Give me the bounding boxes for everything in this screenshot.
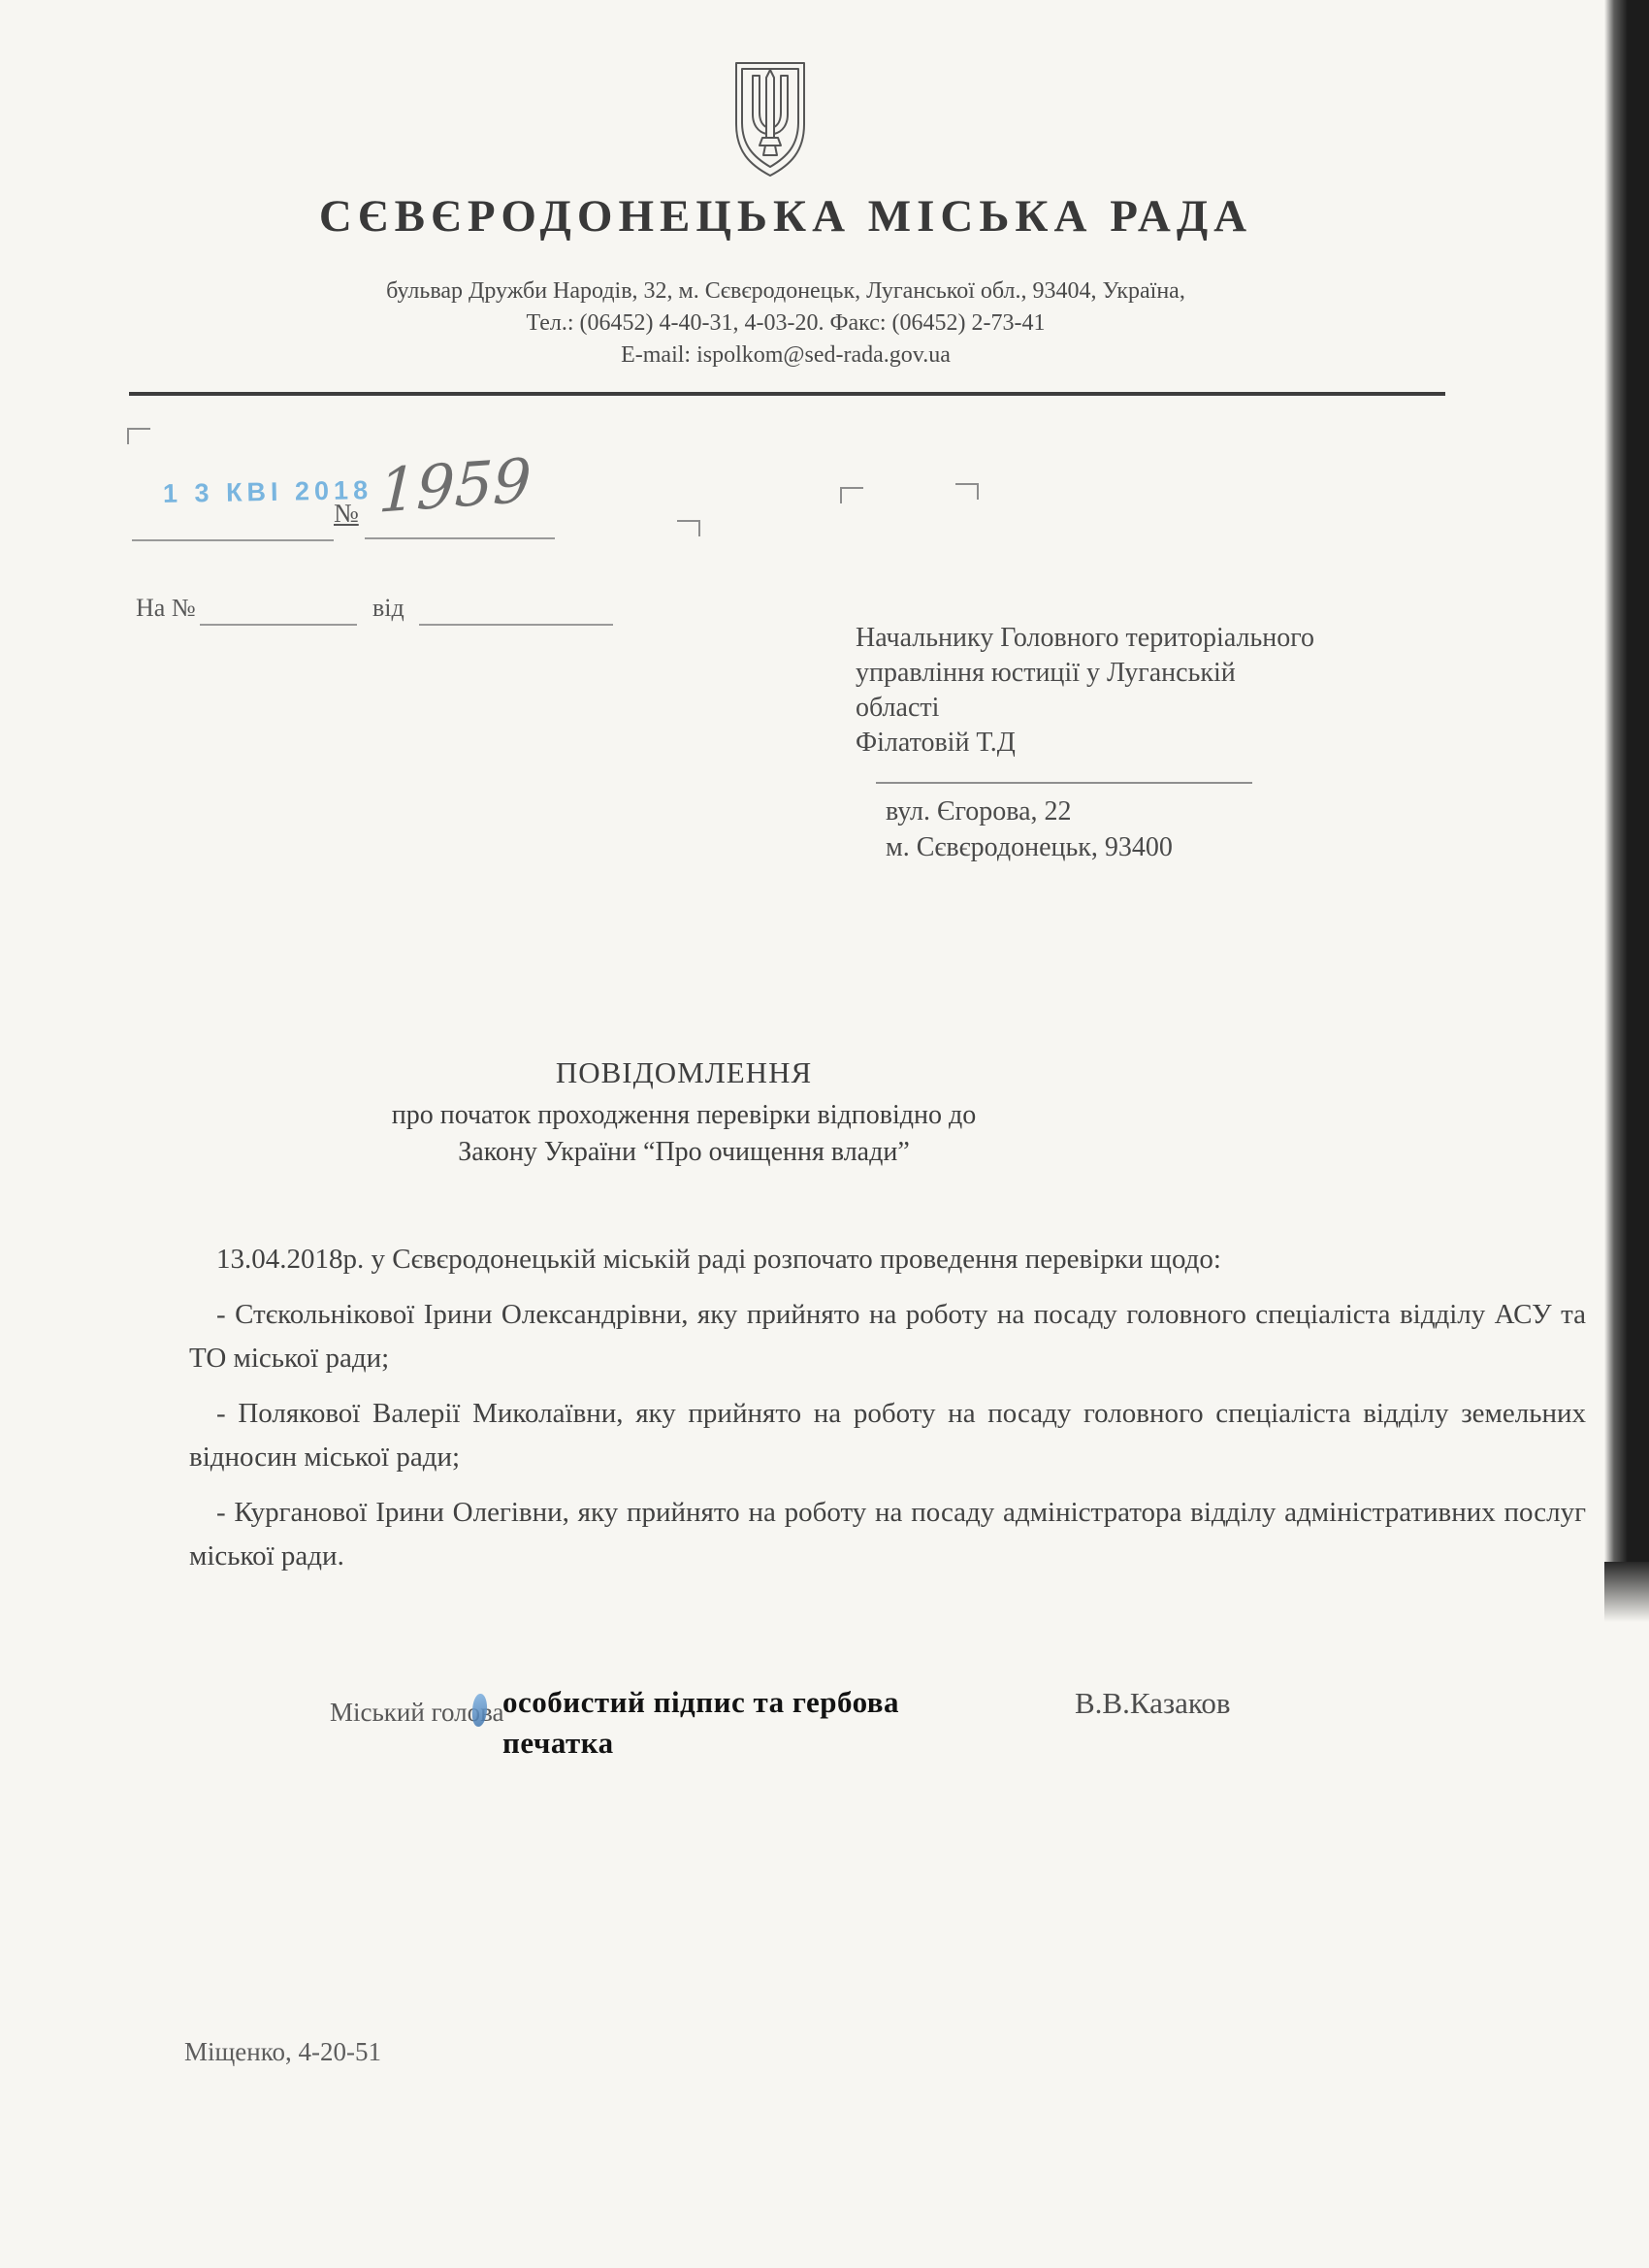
scan-edge-artifact	[1604, 0, 1649, 1562]
body-text-block: 13.04.2018р. у Сєвєродонецькій міській р…	[189, 1238, 1586, 1590]
recipient-block: Начальнику Головного територіального упр…	[856, 621, 1379, 761]
recipient-city-line: м. Сєвєродонецьк, 93400	[886, 829, 1173, 865]
letterhead-address-line: бульвар Дружби Народів, 32, м. Сєвєродон…	[175, 275, 1397, 308]
document-subtitle-line: Закону України “Про очищення влади”	[189, 1134, 1179, 1171]
number-sign-label: №	[334, 499, 359, 529]
document-subtitle-line: про початок проходження перевірки відпов…	[189, 1097, 1179, 1134]
corner-mark-recipient-right	[955, 483, 979, 500]
handwritten-outgoing-number: 1959	[377, 444, 533, 526]
scanned-letter-page: СЄВЄРОДОНЕЦЬКА МІСЬКА РАДА бульвар Дружб…	[0, 0, 1649, 2268]
organization-name: СЄВЄРОДОНЕЦЬКА МІСЬКА РАДА	[175, 190, 1397, 243]
subject-block: ПОВІДОМЛЕННЯ про початок проходження пер…	[189, 1055, 1179, 1171]
recipient-line: Начальнику Головного територіального	[856, 621, 1379, 656]
signature-annotation-line: особистий підпис та гербова	[502, 1682, 1084, 1723]
body-paragraph-intro: 13.04.2018р. у Сєвєродонецькій міській р…	[189, 1238, 1586, 1281]
recipient-divider-line	[876, 782, 1252, 784]
corner-mark-top-left	[127, 428, 150, 444]
reply-number-fill-line	[200, 624, 357, 626]
letterhead-divider-rule	[129, 392, 1445, 396]
letterhead-contact-block: бульвар Дружби Народів, 32, м. Сєвєродон…	[175, 275, 1397, 372]
reply-date-label: від	[372, 594, 404, 623]
document-title: ПОВІДОМЛЕННЯ	[189, 1055, 1179, 1090]
ukraine-trident-emblem-icon	[726, 56, 815, 182]
letterhead-phone-line: Тел.: (06452) 4-40-31, 4-03-20. Факс: (0…	[175, 308, 1397, 340]
recipient-name-line: Філатовій Т.Д	[856, 726, 1379, 761]
recipient-line: області	[856, 691, 1379, 726]
corner-mark-recipient-left	[840, 487, 863, 503]
recipient-line: управління юстиції у Луганській	[856, 656, 1379, 691]
date-fill-line	[132, 539, 334, 541]
scan-edge-fade	[1604, 1562, 1649, 1622]
corner-mark-middle-right	[677, 520, 700, 536]
body-paragraph-item: - Курганової Ірини Олегівни, яку прийнят…	[189, 1491, 1586, 1578]
body-paragraph-item: - Стєкольнікової Ірини Олександрівни, як…	[189, 1293, 1586, 1380]
recipient-address-block: вул. Єгорова, 22 м. Сєвєродонецьк, 93400	[886, 794, 1173, 865]
number-fill-line	[365, 537, 555, 539]
body-paragraph-item: - Полякової Валерії Миколаївни, яку прий…	[189, 1392, 1586, 1479]
signature-annotation-line: печатка	[502, 1723, 1084, 1764]
reply-date-fill-line	[419, 624, 613, 626]
signature-annotation: особистий підпис та гербова печатка	[502, 1682, 1084, 1764]
reply-to-number-label: На №	[136, 594, 196, 623]
executor-contact: Міщенко, 4-20-51	[184, 2037, 381, 2067]
signer-name: В.В.Казаков	[1075, 1686, 1231, 1721]
recipient-street-line: вул. Єгорова, 22	[886, 794, 1173, 829]
letterhead-email-line: E-mail: ispolkom@sed-rada.gov.ua	[175, 340, 1397, 372]
